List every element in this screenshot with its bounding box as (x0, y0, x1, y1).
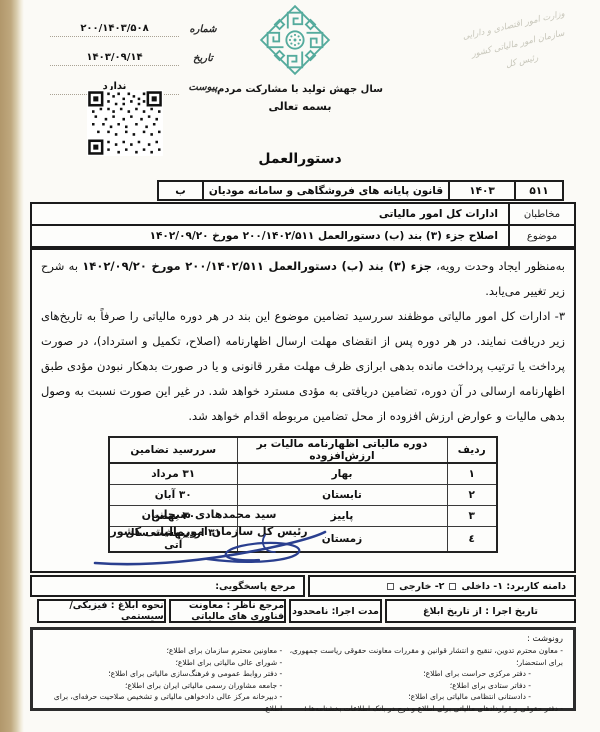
copy-item: - دفتر روابط عمومی و فرهنگ‌سازی مالیاتی … (43, 668, 282, 680)
checkbox-external (387, 583, 394, 590)
addressee-value: ادارات کل امور مالیاتی (32, 208, 508, 220)
header-tax-period: دوره مالیاتی اظهارنامه مالیات بر ارزش‌اف… (237, 437, 447, 463)
intro-pre: به‌منظور ایجاد وحدت رویه، (432, 259, 565, 273)
addressee-label: مخاطبان (508, 204, 574, 224)
cell-row-number: ۳ (447, 505, 497, 526)
cell-row-number: ۱ (447, 463, 497, 484)
scope-option-internal: دامنه کاربرد: ۱- داخلی (461, 581, 566, 592)
copies-columns: - معاون محترم تدوین، تنقیح و انتشار قوان… (43, 645, 563, 714)
cell-period: بهار (237, 463, 447, 484)
execution-row: تاریخ اجرا : از تاریخ ابلاغ مدت اجرا: نا… (30, 599, 576, 623)
response-authority-cell: مرجع پاسخگویی: (30, 575, 305, 597)
header-table: مخاطبان ادارات کل امور مالیاتی موضوع اصل… (30, 202, 576, 248)
number-label: شماره (184, 24, 222, 37)
cell-row-number: ٤ (447, 526, 497, 552)
signer-name: سید محمدهادی سبحانیان (74, 506, 344, 523)
date-label: تاریخ (184, 53, 222, 66)
scope-option-external: ۲- خارجی (399, 581, 444, 592)
tax-administration-logo-icon (259, 4, 331, 76)
date-value: ۱۴۰۳/۰۹/۱۴ (50, 52, 179, 66)
copy-item: - دبیرخانه مرکز عالی دادخواهی مالیاتی و … (43, 691, 282, 714)
header-due-date: سررسید تضامین (109, 437, 237, 463)
copy-item: - دفتر مرکزی حراست برای اطلاع؛ (282, 668, 563, 680)
meta-date: تاریخ ۱۴۰۳/۰۹/۱۴ (50, 45, 222, 66)
checkbox-internal (449, 583, 456, 590)
duration-cell: مدت اجرا: نامحدود (289, 599, 382, 623)
qr-code-icon (86, 90, 164, 156)
copy-item: - معاونین محترم سازمان برای اطلاع؛ (43, 645, 282, 657)
copy-item: - جامعه مشاوران رسمی مالیاتی ایران برای … (43, 680, 282, 692)
scope-row: دامنه کاربرد: ۱- داخلی ۲- خارجی مرجع پاس… (30, 575, 576, 597)
intro-reference: جزء (۳) بند (ب) دستورالعمل ۲۰۰/۱۴۰۲/۵۱۱ … (82, 259, 432, 273)
classification-row: ۵۱۱ ۱۴۰۳ قانون پایانه های فروشگاهی و سام… (157, 180, 564, 201)
copy-item: - شورای عالی مالیاتی برای اطلاع؛ (43, 657, 282, 669)
ministry-letterhead: وزارت امور اقتصادی و دارایی سازمان امور … (434, 0, 600, 89)
cell-due: ۳۱ مرداد (109, 463, 237, 484)
signature-block: سید محمدهادی سبحانیان رئیس کل سازمان امو… (74, 506, 344, 569)
table-row: ۲ تابستان ۳۰ آبان (109, 484, 497, 505)
copy-item: - دادستانی انتظامی مالیاتی برای اطلاع؛ (282, 691, 563, 703)
copies-left-column: - معاونین محترم سازمان برای اطلاع؛ - شور… (43, 645, 282, 714)
intro-paragraph: به‌منظور ایجاد وحدت رویه، جزء (۳) بند (ب… (41, 254, 565, 304)
copy-item: - دفتر حقوقی و قراردادهای مالیاتی برای ا… (282, 703, 563, 715)
directive-year: ۱۴۰۳ (448, 180, 516, 201)
notification-method-cell: نحوه ابلاغ : فیزیکی/ سیستمی (37, 599, 165, 623)
copy-item: - معاون محترم تدوین، تنقیح و انتشار قوان… (282, 645, 563, 668)
table-header-row: ردیف دوره مالیاتی اظهارنامه مالیات بر ار… (109, 437, 497, 463)
table-row: ۱ بهار ۳۱ مرداد (109, 463, 497, 484)
category-letter: ب (157, 180, 204, 201)
document-type-title: دستورالعمل (0, 151, 600, 167)
directive-number: ۵۱۱ (514, 180, 564, 201)
clause-paragraph: ۳- ادارات کل امور مالیاتی موظفند سررسید … (41, 304, 565, 429)
copies-title: رونوشت : (43, 634, 563, 644)
signer-title: رئیس کل سازمان امورمالیاتی کشور (74, 523, 344, 540)
meta-number: شماره ۲۰۰/۱۴۰۳/۵۰۸ (50, 16, 222, 37)
supervisor-cell: مرجع ناظر : معاونت فناوری های مالیاتی (169, 599, 286, 623)
subject-row: موضوع اصلاح جزء (۳) بند (ب) دستورالعمل ۲… (30, 224, 576, 248)
copies-box: رونوشت : - معاون محترم تدوین، تنقیح و ان… (30, 627, 576, 711)
copies-right-column: - معاون محترم تدوین، تنقیح و انتشار قوان… (282, 645, 563, 714)
subject-value: اصلاح جزء (۳) بند (ب) دستورالعمل ۲۰۰/۱۴۰… (32, 230, 508, 242)
cell-due: ۳۰ آبان (109, 484, 237, 505)
copy-item: - دفاتر ستادی برای اطلاع؛ (282, 680, 563, 692)
usage-scope-cell: دامنه کاربرد: ۱- داخلی ۲- خارجی (308, 575, 576, 597)
addressee-row: مخاطبان ادارات کل امور مالیاتی (30, 202, 576, 226)
number-value: ۲۰۰/۱۴۰۳/۵۰۸ (50, 23, 179, 37)
subject-label: موضوع (508, 226, 574, 246)
body-box: به‌منظور ایجاد وحدت رویه، جزء (۳) بند (ب… (30, 248, 576, 573)
related-law: قانون پایانه های فروشگاهی و سامانه مودیا… (202, 180, 450, 201)
cell-period: تابستان (237, 484, 447, 505)
header-row-number: ردیف (447, 437, 497, 463)
document-page: شماره ۲۰۰/۱۴۰۳/۵۰۸ تاریخ ۱۴۰۳/۰۹/۱۴ پیوس… (0, 0, 600, 732)
execution-date-cell: تاریخ اجرا : از تاریخ ابلاغ (385, 599, 576, 623)
cell-row-number: ۲ (447, 484, 497, 505)
